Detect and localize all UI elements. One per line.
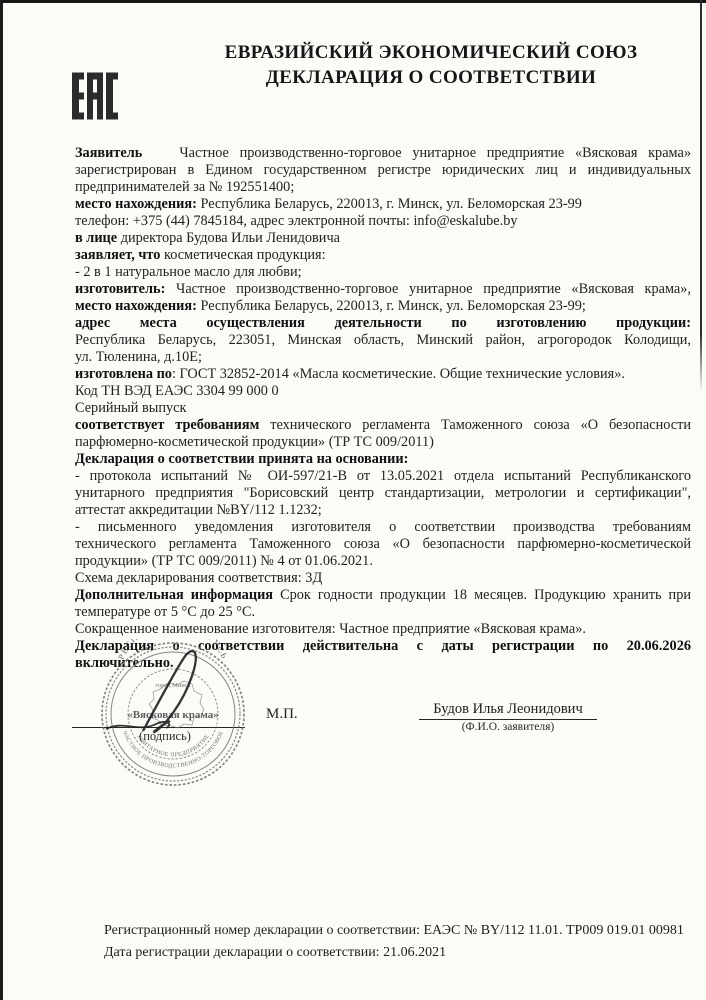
union-title: ЕВРАЗИЙСКИЙ ЭКОНОМИЧЕСКИЙ СОЮЗ [178, 40, 684, 65]
eac-logo-icon [72, 72, 118, 120]
line-manufacturer: изготовитель: Частное производственно-то… [75, 281, 691, 298]
line-registered: зарегистрирован в Едином государственном… [75, 162, 691, 179]
line-location: место нахождения: Республика Беларусь, 2… [75, 196, 691, 213]
registration-date-line: Дата регистрации декларации о соответств… [104, 942, 704, 964]
line-manufacturer-location: место нахождения: Республика Беларусь, 2… [75, 298, 691, 315]
applicant-label: Заявитель [75, 145, 142, 161]
line-serial: Серийный выпуск [75, 400, 691, 417]
line-applicant: ЗаявительЧастное производственно-торгово… [75, 145, 691, 162]
scan-edge-top [0, 0, 706, 3]
line-notice-1: - письменного уведомления изготовителя о… [75, 519, 691, 536]
applicant-full-name: Будов Илья Леонидович [419, 701, 596, 720]
document-title: ДЕКЛАРАЦИЯ О СООТВЕТСТВИИ [178, 65, 684, 90]
line-additional-1: Дополнительная информация Срок годности … [75, 587, 691, 604]
line-product: - 2 в 1 натуральное масло для любви; [75, 264, 691, 281]
line-notice-3: продукции» (ТР ТС 009/2011) № 4 от 01.06… [75, 553, 691, 570]
applicant-name-caption: (Ф.И.О. заявителя) [398, 721, 618, 733]
stamp-place-label: М.П. [266, 706, 298, 723]
line-phone-email: телефон: +375 (44) 7845184, адрес электр… [75, 213, 691, 230]
line-gost: изготовлена по: ГОСТ 32852-2014 «Масла к… [75, 366, 691, 383]
line-protocol-2: унитарного предприятия "Борисовский цент… [75, 485, 691, 502]
line-protocol-3: аттестат аккредитации №BY/112 1.1232; [75, 502, 691, 519]
declaration-document: ЕВРАЗИЙСКИЙ ЭКОНОМИЧЕСКИЙ СОЮЗ ДЕКЛАРАЦИ… [0, 0, 706, 1000]
company-stamp: РЕСПУБЛИКА БЕЛАРУСЬ ЧАСТНОЕ ПРОИЗВОДСТВЕ… [98, 639, 248, 789]
registration-number-line: Регистрационный номер декларации о соотв… [104, 920, 704, 942]
document-header: ЕВРАЗИЙСКИЙ ЭКОНОМИЧЕСКИЙ СОЮЗ ДЕКЛАРАЦИ… [178, 40, 684, 90]
line-reg-number: предпринимателей за № 192551400; [75, 179, 691, 196]
line-director: в лице директора Будова Ильи Ленидовича [75, 230, 691, 247]
line-activity-address-label: адрес места осуществления деятельности п… [75, 315, 691, 332]
line-activity-address-1: Республика Беларусь, 223051, Минская обл… [75, 332, 691, 349]
line-conforms-1: соответствует требованиям технического р… [75, 417, 691, 434]
document-body: ЗаявительЧастное производственно-торгово… [75, 145, 691, 672]
line-short-name: Сокращенное наименование изготовителя: Ч… [75, 621, 691, 638]
stamp-city-text: город Минск [155, 682, 191, 689]
applicant-signature-block: Будов Илья Леонидович (Ф.И.О. заявителя) [398, 700, 618, 733]
line-basis-label: Декларация о соответствии принята на осн… [75, 451, 691, 468]
line-tnved: Код ТН ВЭД ЕАЭС 3304 99 000 0 [75, 383, 691, 400]
line-additional-2: температуре от 5 °С до 25 °С. [75, 604, 691, 621]
line-activity-address-2: ул. Тюленина, д.10Е; [75, 349, 691, 366]
line-scheme: Схема декларирования соответствия: 3Д [75, 570, 691, 587]
signature-caption: (подпись) [120, 729, 210, 744]
scan-edge-right [700, 0, 702, 392]
line-notice-2: технического регламента Таможенного союз… [75, 536, 691, 553]
scan-edge-left [0, 0, 3, 1000]
registration-footer: Регистрационный номер декларации о соотв… [104, 920, 704, 964]
line-conforms-2: парфюмерно-косметической продукции» (ТР … [75, 434, 691, 451]
line-declares: заявляет, что косметическая продукция: [75, 247, 691, 264]
line-protocol-1: - протокола испытаний № ОИ-597/21-В от 1… [75, 468, 691, 485]
